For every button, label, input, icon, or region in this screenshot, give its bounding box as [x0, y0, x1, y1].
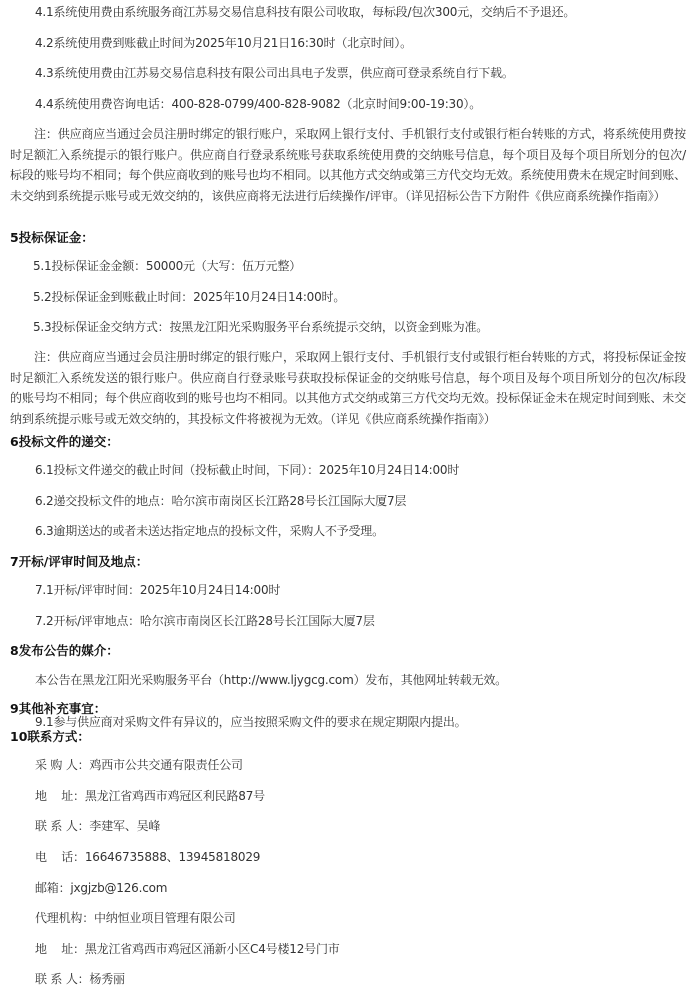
section7-item-1: 7.1开标/评审时间：2025年10月24日14:00时	[35, 581, 280, 599]
section4-note: 注：供应商应当通过会员注册时绑定的银行账户，采取网上银行支付、手机银行支付或银行…	[10, 124, 686, 206]
section4-item-3: 4.3系统使用费由江苏易交易信息科技有限公司出具电子发票，供应商可登录系统自行下…	[35, 64, 514, 82]
section7-item-2: 7.2开标/评审地点：哈尔滨市南岗区长江路28号长江国际大厦7层	[35, 612, 375, 630]
section6-item-1: 6.1投标文件递交的截止时间（投标截止时间，下同）：2025年10月24日14:…	[35, 461, 459, 479]
section5-item-2: 5.2投标保证金到账截止时间：2025年10月24日14:00时。	[33, 288, 345, 306]
section6-item-2: 6.2递交投标文件的地点：哈尔滨市南岗区长江路28号长江国际大厦7层	[35, 492, 406, 510]
section8-heading: 8发布公告的媒介：	[10, 642, 119, 660]
contact-purchaser-address: 地 址：黑龙江省鸡西市鸡冠区利民路87号	[35, 787, 265, 805]
section5-item-1: 5.1投标保证金金额：50000元（大写：伍万元整）	[33, 257, 301, 275]
section4-item-2: 4.2系统使用费到账截止时间为2025年10月21日16:30时（北京时间）。	[35, 34, 412, 52]
contact-agency-person: 联 系 人：杨秀丽	[35, 970, 125, 988]
section5-item-3: 5.3投标保证金交纳方式：按黑龙江阳光采购服务平台系统提示交纳，以资金到账为准。	[33, 318, 488, 336]
contact-purchaser-person: 联 系 人：李建军、吴峰	[35, 817, 160, 835]
section7-heading: 7开标/评审时间及地点：	[10, 553, 148, 571]
section8-text: 本公告在黑龙江阳光采购服务平台（http://www.ljygcg.com）发布…	[35, 671, 507, 689]
section10-heading: 10联系方式：	[10, 728, 90, 746]
section6-heading: 6投标文件的递交：	[10, 433, 119, 451]
section5-note: 注：供应商应当通过会员注册时绑定的银行账户，采取网上银行支付、手机银行支付或银行…	[10, 347, 686, 429]
section6-item-3: 6.3逾期送达的或者未送达指定地点的投标文件，采购人不予受理。	[35, 522, 384, 540]
section5-heading: 5投标保证金：	[10, 229, 94, 247]
contact-purchaser-phone: 电 话：16646735888、13945818029	[35, 848, 260, 866]
contact-agency: 代理机构：中纳恒业项目管理有限公司	[35, 909, 236, 927]
section4-item-1: 4.1系统使用费由系统服务商江苏易交易信息科技有限公司收取，每标段/包次300元…	[35, 3, 575, 21]
section9-item-1: 9.1参与供应商对采购文件有异议的，应当按照采购文件的要求在规定期限内提出。	[35, 713, 467, 731]
section4-item-4: 4.4系统使用费咨询电话：400-828-0799/400-828-9082（北…	[35, 95, 481, 113]
contact-email: 邮箱：jxgjzb@126.com	[35, 879, 167, 897]
contact-purchaser: 采 购 人：鸡西市公共交通有限责任公司	[35, 756, 243, 774]
contact-agency-address: 地 址：黑龙江省鸡西市鸡冠区涌新小区C4号楼12号门市	[35, 940, 340, 958]
